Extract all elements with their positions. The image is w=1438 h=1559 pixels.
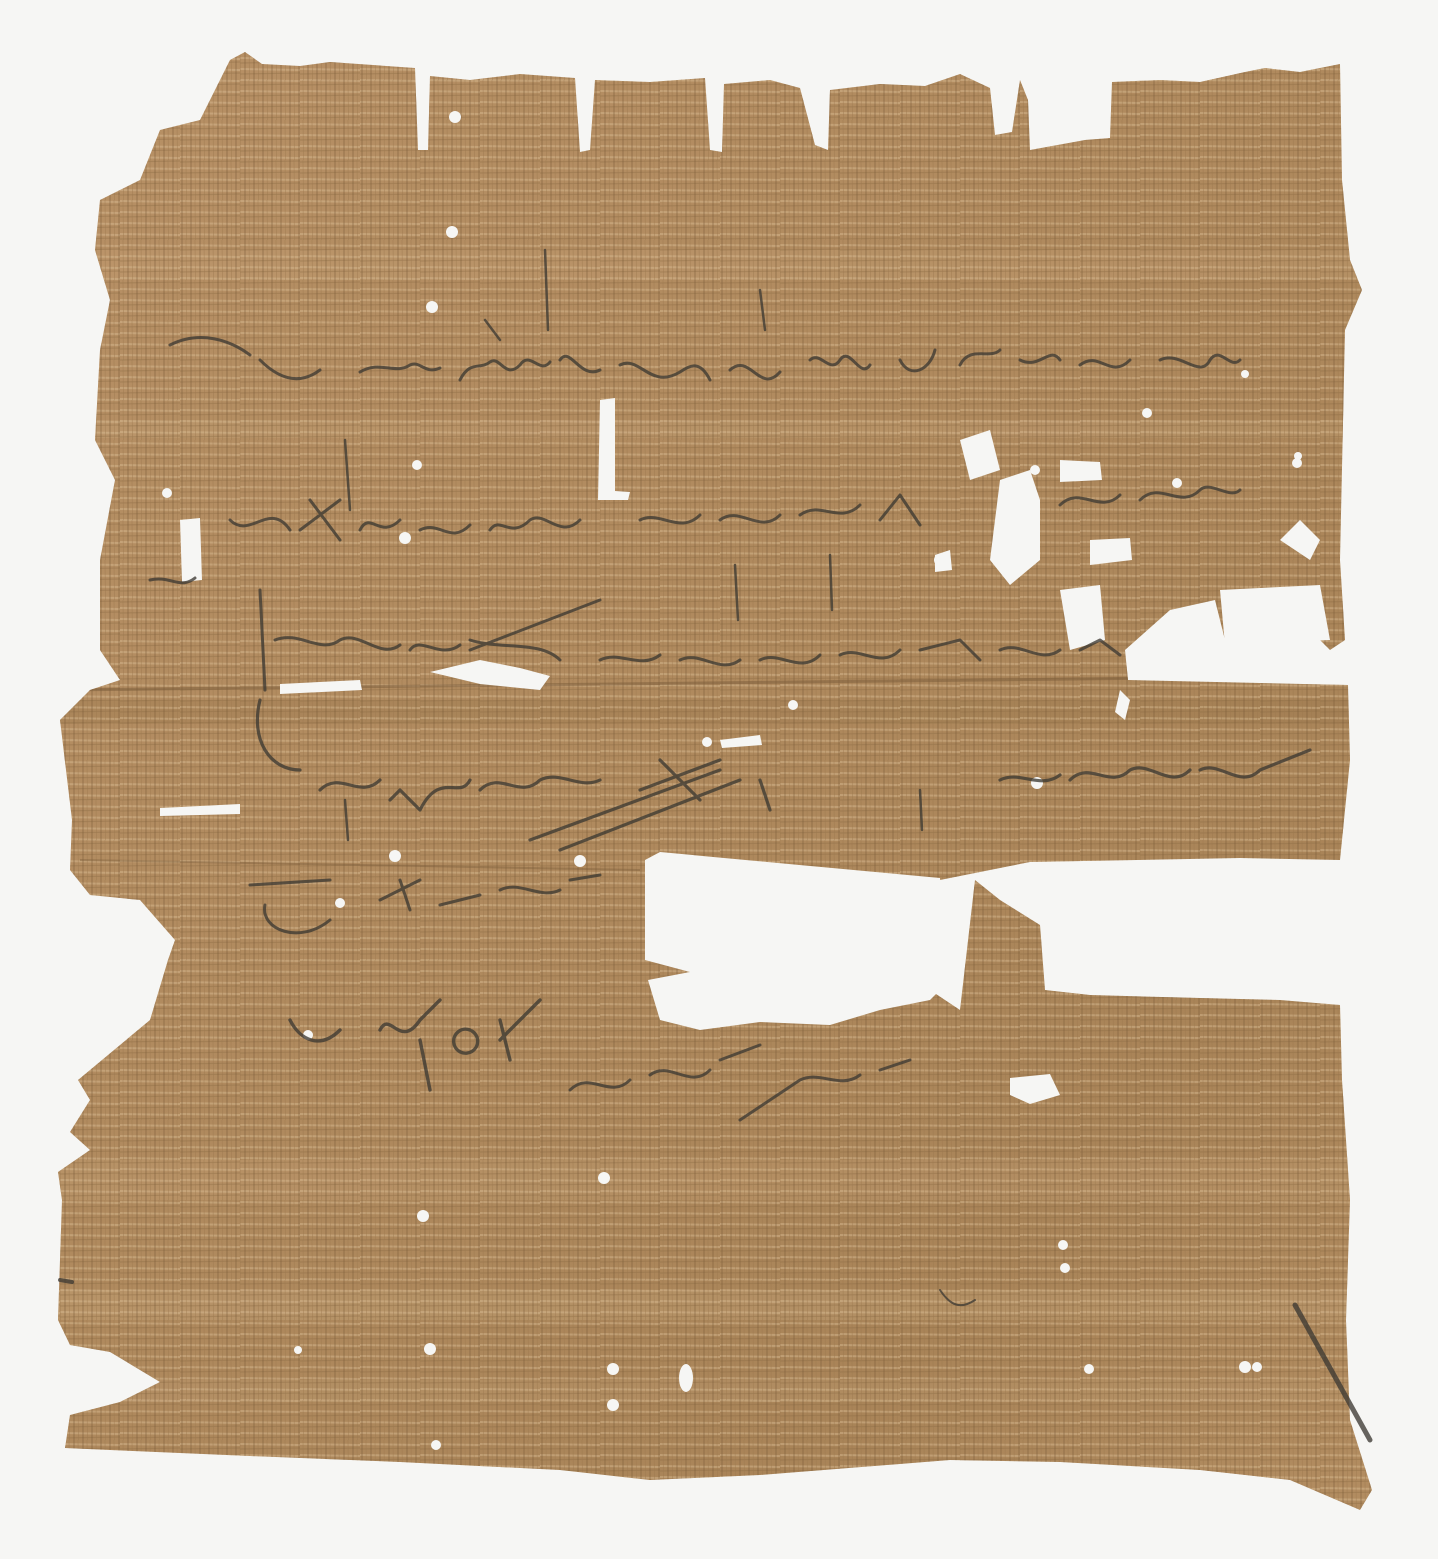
papyrus-photo <box>0 0 1438 1559</box>
papyrus-sheet <box>0 0 1438 1559</box>
